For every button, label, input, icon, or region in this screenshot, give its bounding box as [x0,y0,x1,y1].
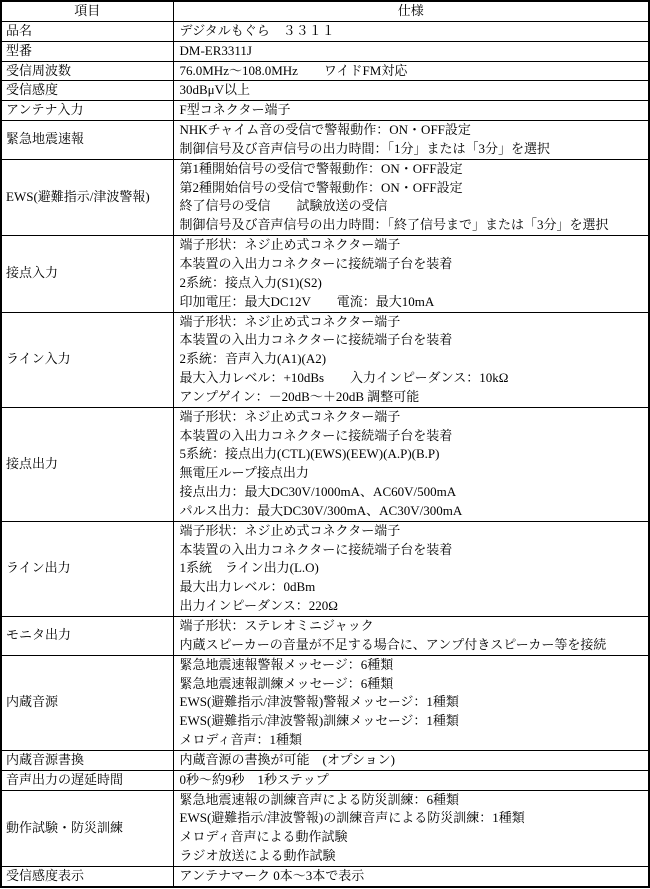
table-row: 型番DM-ER3311J [1,41,649,61]
spec-line: アンテナマーク 0本～3本で表示 [180,867,645,886]
spec-line: メロディ音声：1種類 [180,731,645,750]
spec-cell: 0秒～約9秒 1秒ステップ [173,770,649,790]
spec-line: 無電圧ループ接点出力 [180,464,645,483]
spec-line: 第1種開始信号の受信で警報動作：ON・OFF設定 [180,160,645,179]
spec-line: EWS(避難指示/津波警報)警報メッセージ：1種類 [180,693,645,712]
spec-cell: DM-ER3311J [173,41,649,61]
header-row: 項目 仕様 [1,1,649,21]
table-row: 接点入力端子形状：ネジ止め式コネクター端子本装置の入出力コネクターに接続端子台を… [1,236,649,312]
spec-table-body: 品名デジタルもぐら ３３１１型番DM-ER3311J受信周波数76.0MHz～1… [1,21,649,886]
spec-line: 30dBμV以上 [180,81,645,100]
table-row: ライン入力端子形状：ネジ止め式コネクター端子本装置の入出力コネクターに接続端子台… [1,312,649,407]
item-cell: 受信感度表示 [1,866,173,886]
spec-line: 終了信号の受信 試験放送の受信 [180,197,645,216]
spec-line: 出力インピーダンス：220Ω [180,597,645,616]
spec-line: 76.0MHz～108.0MHz ワイドFM対応 [180,62,645,81]
table-row: アンテナ入力F型コネクター端子 [1,101,649,121]
table-row: 受信周波数76.0MHz～108.0MHz ワイドFM対応 [1,61,649,81]
spec-line: 印加電圧：最大DC12V 電流：最大10mA [180,293,645,312]
table-row: 内蔵音源緊急地震速報警報メッセージ：6種類緊急地震速報訓練メッセージ：6種類EW… [1,655,649,750]
spec-cell: 端子形状：ステレオミニジャック内蔵スピーカーの音量が不足する場合に、アンプ付きス… [173,617,649,656]
spec-line: 2系統：接点入力(S1)(S2) [180,274,645,293]
spec-cell: 緊急地震速報警報メッセージ：6種類緊急地震速報訓練メッセージ：6種類EWS(避難… [173,655,649,750]
spec-line: NHKチャイム音の受信で警報動作：ON・OFF設定 [180,121,645,140]
item-cell: 緊急地震速報 [1,121,173,160]
table-row: 接点出力端子形状：ネジ止め式コネクター端子本装置の入出力コネクターに接続端子台を… [1,407,649,521]
item-cell: 接点出力 [1,407,173,521]
item-cell: 内蔵音源 [1,655,173,750]
spec-line: DM-ER3311J [180,42,645,61]
spec-line: 最大出力レベル：0dBm [180,578,645,597]
item-cell: EWS(避難指示/津波警報) [1,159,173,235]
spec-cell: 第1種開始信号の受信で警報動作：ON・OFF設定第2種開始信号の受信で警報動作：… [173,159,649,235]
column-header-item: 項目 [1,1,173,21]
spec-line: 端子形状：ネジ止め式コネクター端子 [180,522,645,541]
spec-table: 項目 仕様 品名デジタルもぐら ３３１１型番DM-ER3311J受信周波数76.… [0,0,650,888]
spec-line: 接点出力：最大DC30V/1000mA、AC60V/500mA [180,483,645,502]
table-row: モニタ出力端子形状：ステレオミニジャック内蔵スピーカーの音量が不足する場合に、ア… [1,617,649,656]
spec-line: 内蔵音源の書換が可能 (オプション) [180,751,645,770]
table-row: EWS(避難指示/津波警報)第1種開始信号の受信で警報動作：ON・OFF設定第2… [1,159,649,235]
spec-line: 端子形状：ネジ止め式コネクター端子 [180,408,645,427]
column-header-spec: 仕様 [173,1,649,21]
item-cell: 品名 [1,21,173,41]
spec-line: デジタルもぐら ３３１１ [180,22,645,41]
spec-line: 本装置の入出力コネクターに接続端子台を装着 [180,541,645,560]
spec-line: F型コネクター端子 [180,101,645,120]
spec-line: EWS(避難指示/津波警報)の訓練音声による防災訓練：1種類 [180,809,645,828]
spec-line: 端子形状：ネジ止め式コネクター端子 [180,313,645,332]
item-cell: 接点入力 [1,236,173,312]
spec-line: 本装置の入出力コネクターに接続端子台を装着 [180,255,645,274]
spec-cell: 端子形状：ネジ止め式コネクター端子本装置の入出力コネクターに接続端子台を装着5系… [173,407,649,521]
spec-line: EWS(避難指示/津波警報)訓練メッセージ：1種類 [180,712,645,731]
spec-line: 最大入力レベル：+10dBs 入力インピーダンス：10kΩ [180,369,645,388]
spec-line: 緊急地震速報警報メッセージ：6種類 [180,656,645,675]
spec-cell: 内蔵音源の書換が可能 (オプション) [173,750,649,770]
spec-line: 制御信号及び音声信号の出力時間：「1分」または「3分」を選択 [180,140,645,159]
table-row: 内蔵音源書換内蔵音源の書換が可能 (オプション) [1,750,649,770]
spec-line: 第2種開始信号の受信で警報動作：ON・OFF設定 [180,179,645,198]
table-row: 動作試験・防災訓練緊急地震速報の訓練音声による防災訓練：6種類EWS(避難指示/… [1,790,649,866]
spec-cell: 30dBμV以上 [173,81,649,101]
spec-line: 2系統：音声入力(A1)(A2) [180,350,645,369]
item-cell: 音声出力の遅延時間 [1,770,173,790]
item-cell: 動作試験・防災訓練 [1,790,173,866]
spec-line: ラジオ放送による動作試験 [180,847,645,866]
spec-line: 0秒～約9秒 1秒ステップ [180,771,645,790]
item-cell: 内蔵音源書換 [1,750,173,770]
spec-cell: アンテナマーク 0本～3本で表示 [173,866,649,886]
spec-line: 緊急地震速報訓練メッセージ：6種類 [180,675,645,694]
spec-cell: 緊急地震速報の訓練音声による防災訓練：6種類EWS(避難指示/津波警報)の訓練音… [173,790,649,866]
table-row: 受信感度表示アンテナマーク 0本～3本で表示 [1,866,649,886]
spec-line: 制御信号及び音声信号の出力時間：「終了信号まで」または「3分」を選択 [180,216,645,235]
item-cell: ライン出力 [1,521,173,616]
spec-cell: 端子形状：ネジ止め式コネクター端子本装置の入出力コネクターに接続端子台を装着2系… [173,236,649,312]
spec-line: メロディ音声による動作試験 [180,828,645,847]
spec-line: 本装置の入出力コネクターに接続端子台を装着 [180,331,645,350]
spec-cell: 端子形状：ネジ止め式コネクター端子本装置の入出力コネクターに接続端子台を装着2系… [173,312,649,407]
item-cell: 受信感度 [1,81,173,101]
spec-line: 端子形状：ネジ止め式コネクター端子 [180,236,645,255]
spec-line: パルス出力：最大DC30V/300mA、AC30V/300mA [180,502,645,521]
item-cell: 受信周波数 [1,61,173,81]
spec-cell: F型コネクター端子 [173,101,649,121]
spec-line: 本装置の入出力コネクターに接続端子台を装着 [180,427,645,446]
spec-line: 端子形状：ステレオミニジャック [180,617,645,636]
table-row: 緊急地震速報NHKチャイム音の受信で警報動作：ON・OFF設定制御信号及び音声信… [1,121,649,160]
spec-cell: 端子形状：ネジ止め式コネクター端子本装置の入出力コネクターに接続端子台を装着1系… [173,521,649,616]
spec-line: 内蔵スピーカーの音量が不足する場合に、アンプ付きスピーカー等を接続 [180,636,645,655]
item-cell: ライン入力 [1,312,173,407]
table-row: 受信感度30dBμV以上 [1,81,649,101]
item-cell: 型番 [1,41,173,61]
item-cell: アンテナ入力 [1,101,173,121]
item-cell: モニタ出力 [1,617,173,656]
table-row: 音声出力の遅延時間0秒～約9秒 1秒ステップ [1,770,649,790]
spec-line: アンプゲイン：－20dB～＋20dB 調整可能 [180,388,645,407]
spec-line: 5系統：接点出力(CTL)(EWS)(EEW)(A.P)(B.P) [180,445,645,464]
table-row: ライン出力端子形状：ネジ止め式コネクター端子本装置の入出力コネクターに接続端子台… [1,521,649,616]
spec-cell: NHKチャイム音の受信で警報動作：ON・OFF設定制御信号及び音声信号の出力時間… [173,121,649,160]
spec-line: 緊急地震速報の訓練音声による防災訓練：6種類 [180,791,645,810]
spec-cell: 76.0MHz～108.0MHz ワイドFM対応 [173,61,649,81]
spec-cell: デジタルもぐら ３３１１ [173,21,649,41]
spec-line: 1系統 ライン出力(L.O) [180,559,645,578]
table-row: 品名デジタルもぐら ３３１１ [1,21,649,41]
